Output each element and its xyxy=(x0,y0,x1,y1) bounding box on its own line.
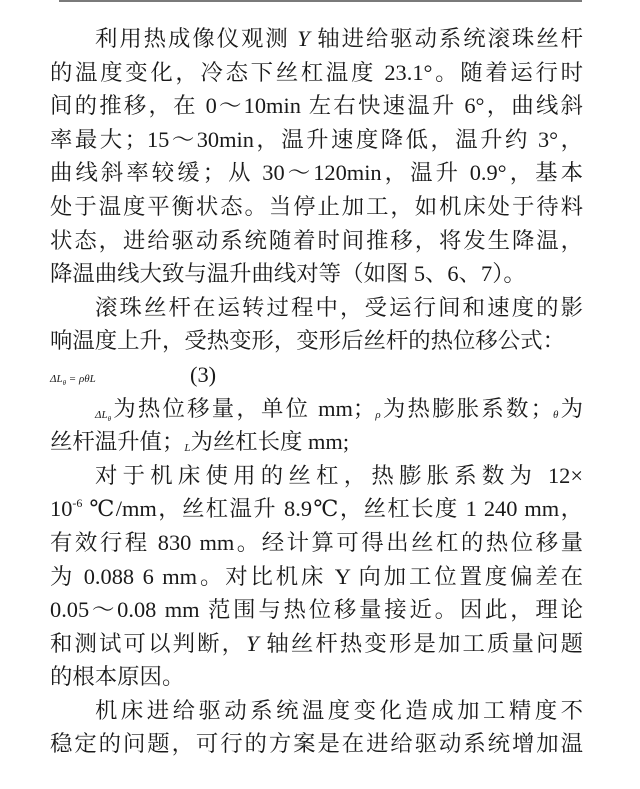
exponent-power: -6 xyxy=(72,496,82,510)
text-line: 10-6 ℃/mm，丝杠温升 8.9℃，丝杠长度 1 240 mm， xyxy=(50,492,583,526)
symbol-delta-l-theta: ΔLθ xyxy=(95,409,111,421)
paragraph-calculation: 对于机床使用的丝杠，热膨胀系数为 12× 10-6 ℃/mm，丝杠温升 8.9℃… xyxy=(50,459,583,694)
text-line: 响温度上升，受热变形，变形后丝杆的热位移公式： xyxy=(50,324,583,358)
text-segment: 轴丝杆热变形是加工质量问题 xyxy=(259,631,583,656)
paragraph-solution: 机床进给驱动系统温度变化造成加工精度不 稳定的问题，可行的方案是在进给驱动系统增… xyxy=(50,694,583,761)
axis-symbol-y: Y xyxy=(297,26,309,51)
text-segment: 为 xyxy=(558,396,583,421)
document-body: 利用热成像仪观测 Y 轴进给驱动系统滚珠丝杆 的温度变化，冷态下丝杠温度 23.… xyxy=(50,22,583,761)
text-line: 间的推移，在 0～10min 左右快速温升 6°，曲线斜 xyxy=(50,89,583,123)
text-segment: 丝杆温升值； xyxy=(50,429,184,454)
text-line: 的温度变化，冷态下丝杠温度 23.1°。随着运行时 xyxy=(50,56,583,90)
text-line: 机床进给驱动系统温度变化造成加工精度不 xyxy=(50,694,583,728)
text-line: 丝杆温升值；L为丝杠长度 mm; xyxy=(50,425,583,459)
equation-number: (3) xyxy=(190,362,216,387)
text-line: 有效行程 830 mm。经计算可得出丝杠的热位移量 xyxy=(50,526,583,560)
text-segment: 为热膨胀系数； xyxy=(381,396,553,421)
text-segment: 和测试可以判断， xyxy=(50,631,246,656)
formula-delta-l: ΔL xyxy=(50,373,63,385)
text-line: 0.05～0.08 mm 范围与热位移量接近。因此，理论 xyxy=(50,593,583,627)
text-segment: 利用热成像仪观测 xyxy=(95,26,297,51)
exponent-base: 10 xyxy=(50,496,72,521)
axis-symbol-y: Y xyxy=(246,631,258,656)
formula-expression: ΔLθ = ρθL xyxy=(50,363,190,401)
text-line: 率最大；15～30min，温升速度降低，温升约 3°， xyxy=(50,123,583,157)
text-line: 为 0.088 6 mm。对比机床 Y 向加工位置度偏差在 xyxy=(50,560,583,594)
top-rule-divider xyxy=(59,0,582,2)
formula-rhs: = ρθL xyxy=(66,373,96,385)
text-line: 对于机床使用的丝杠，热膨胀系数为 12× xyxy=(50,459,583,493)
text-segment: 为丝杠长度 mm; xyxy=(190,429,349,454)
equation-3: ΔLθ = ρθL(3) xyxy=(50,358,583,392)
text-segment: ℃/mm，丝杠温升 8.9℃，丝杠长度 1 240 mm， xyxy=(89,496,583,521)
text-line: 稳定的问题，可行的方案是在进给驱动系统增加温 xyxy=(50,727,583,761)
text-line: 的根本原因。 xyxy=(50,660,583,694)
text-line: 利用热成像仪观测 Y 轴进给驱动系统滚珠丝杆 xyxy=(50,22,583,56)
text-segment: 轴进给驱动系统滚珠丝杆 xyxy=(310,26,583,51)
paragraph-ballscrew-heating: 滚珠丝杆在运转过程中，受运行间和速度的影 响温度上升，受热变形，变形后丝杆的热位… xyxy=(50,291,583,358)
text-line: 处于温度平衡状态。当停止加工，如机床处于待料 xyxy=(50,190,583,224)
text-line: 和测试可以判断，Y 轴丝杆热变形是加工质量问题 xyxy=(50,627,583,661)
text-line: 降温曲线大致与温升曲线对等（如图 5、6、7）。 xyxy=(50,257,583,291)
text-line: 曲线斜率较缓；从 30～120min，温升 0.9°，基本 xyxy=(50,156,583,190)
paragraph-variable-definitions: ΔLθ为热位移量，单位 mm；ρ为热膨胀系数；θ为 丝杆温升值；L为丝杠长度 m… xyxy=(50,392,583,459)
text-line: 滚珠丝杆在运转过程中，受运行间和速度的影 xyxy=(50,291,583,325)
text-line: 状态，进给驱动系统随着时间推移，将发生降温， xyxy=(50,224,583,258)
paragraph-thermal-observation: 利用热成像仪观测 Y 轴进给驱动系统滚珠丝杆 的温度变化，冷态下丝杠温度 23.… xyxy=(50,22,583,291)
